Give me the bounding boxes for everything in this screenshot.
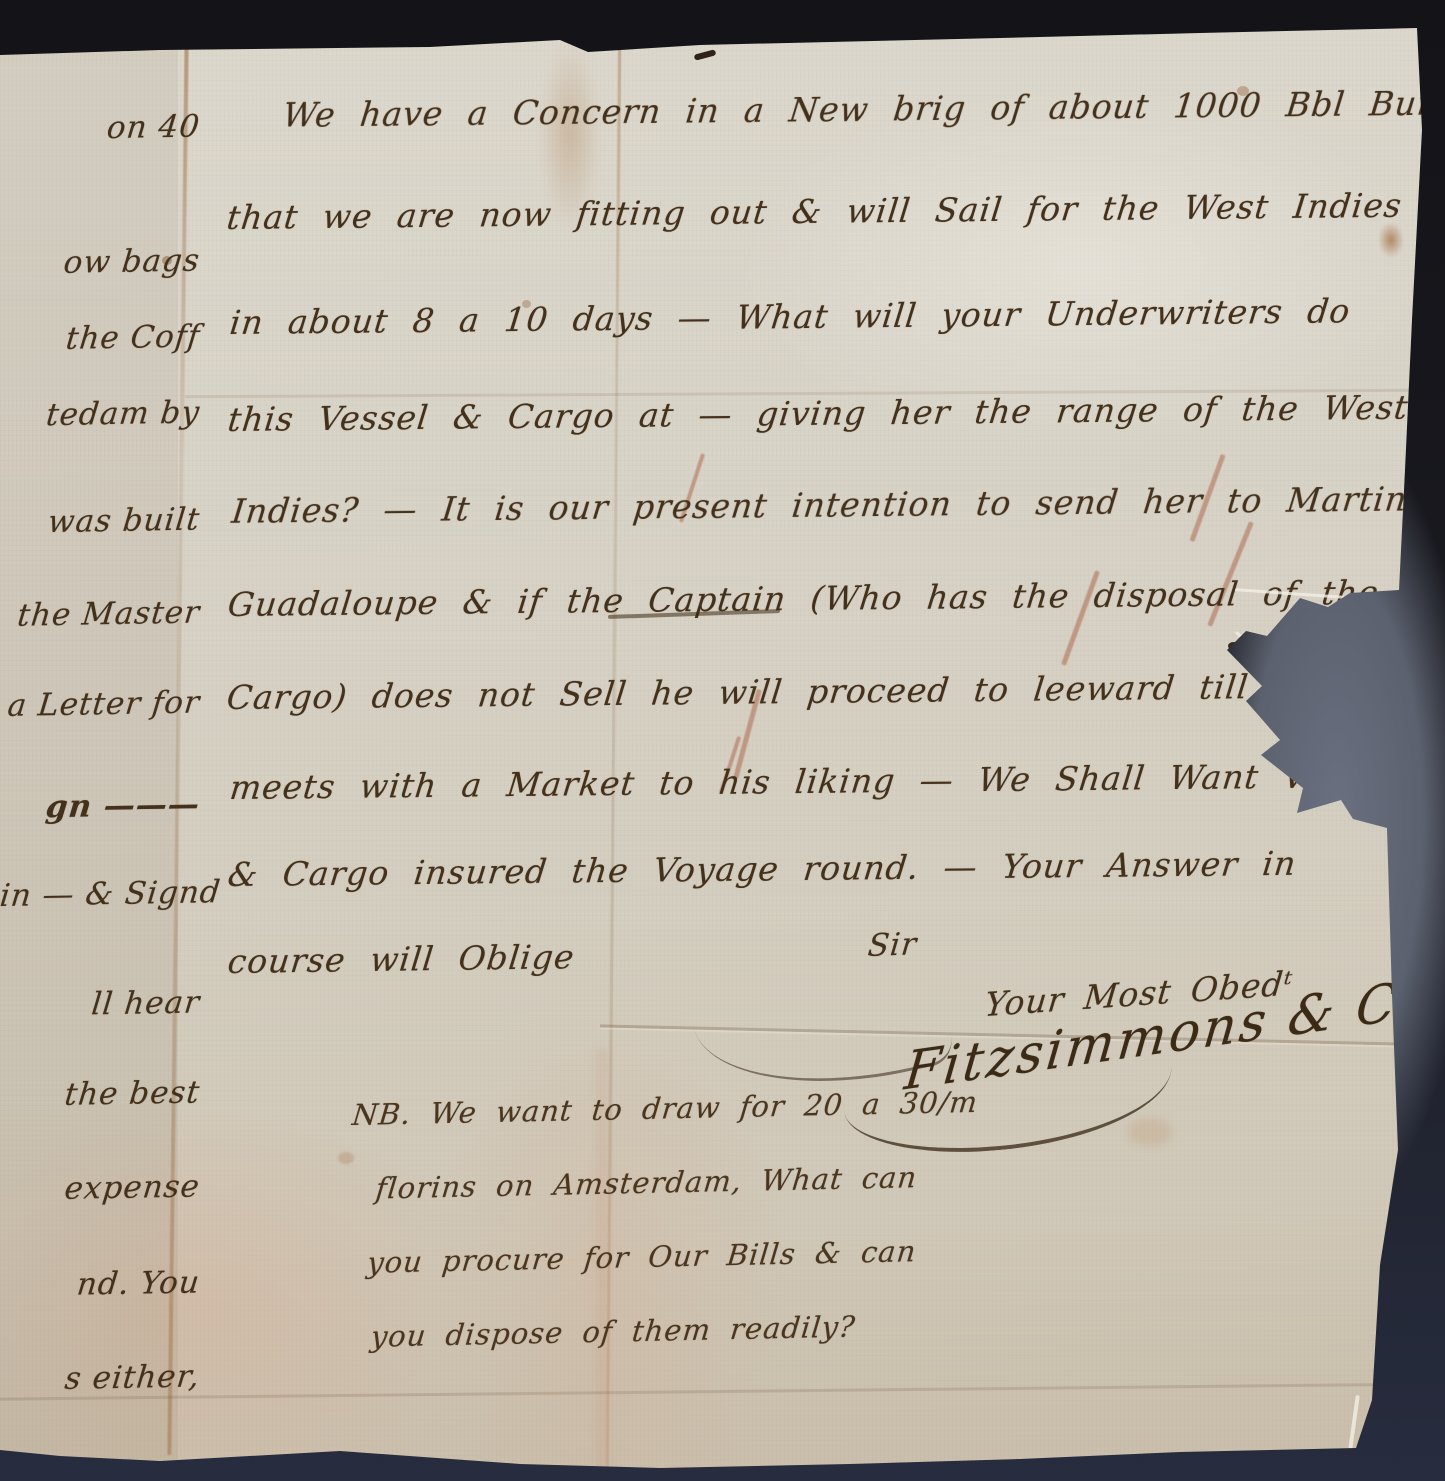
left-page-fragment: the Master (0, 594, 220, 634)
closing-line: course will Oblige (226, 937, 577, 981)
photograph-of-letter: on 40 ow bags the Coff tedam by was buil… (0, 0, 1445, 1481)
letter-line: Indies? — It is our present intention to… (230, 478, 1445, 531)
rust-stain (1378, 222, 1404, 258)
left-page-fragment: on 40 (0, 107, 264, 148)
left-page-fragment: a Letter for (0, 684, 212, 724)
letter-line: Cargo) does not Sell he will proceed to … (225, 667, 1318, 717)
left-page-fragment: the best (0, 1074, 214, 1114)
left-page-fragment: tedam by (0, 394, 250, 434)
left-page-fragment: the Coff (0, 318, 230, 358)
salutation: Sir (866, 926, 919, 964)
letter-line: Guadaloupe & if the Captain (Who has the… (226, 573, 1381, 624)
postscript-line: you procure for Our Bills & can (366, 1234, 918, 1280)
letter-line: that we are now fitting out & will Sail … (225, 186, 1404, 237)
left-page-fragment: ll hear (0, 984, 242, 1024)
left-page-fragment-scribble: gn ——— (0, 786, 240, 826)
ink-mark-top-edge (694, 49, 717, 60)
left-page-fragment: was built (0, 501, 206, 541)
postscript-line: florins on Amsterdam, What can (374, 1160, 919, 1205)
light-stain (1128, 1118, 1172, 1146)
letter-line: We have a Concern in a New brig of about… (281, 83, 1445, 135)
letter-line: & Cargo insured the Voyage round. — Your… (226, 844, 1299, 894)
letter-sheet: on 40 ow bags the Coff tedam by was buil… (0, 0, 1445, 1481)
postscript-line: you dispose of them readily? (369, 1309, 857, 1353)
left-page-fragment: nd. You (0, 1264, 214, 1304)
left-page-fragment: s either, (0, 1358, 212, 1398)
torn-edge-fiber (1348, 1395, 1360, 1450)
letter-line: meets with a Market to his liking — We S… (228, 756, 1396, 807)
foxing-spot (338, 1152, 354, 1164)
letter-line: in about 8 a 10 days — What will your Un… (228, 291, 1353, 342)
left-page-fragment: expense (0, 1168, 242, 1208)
left-page-fragment: in — & Signd (0, 874, 210, 914)
fold-crease-horizontal-lower (0, 1382, 1445, 1400)
left-page-fragment: ow bags (0, 241, 262, 282)
